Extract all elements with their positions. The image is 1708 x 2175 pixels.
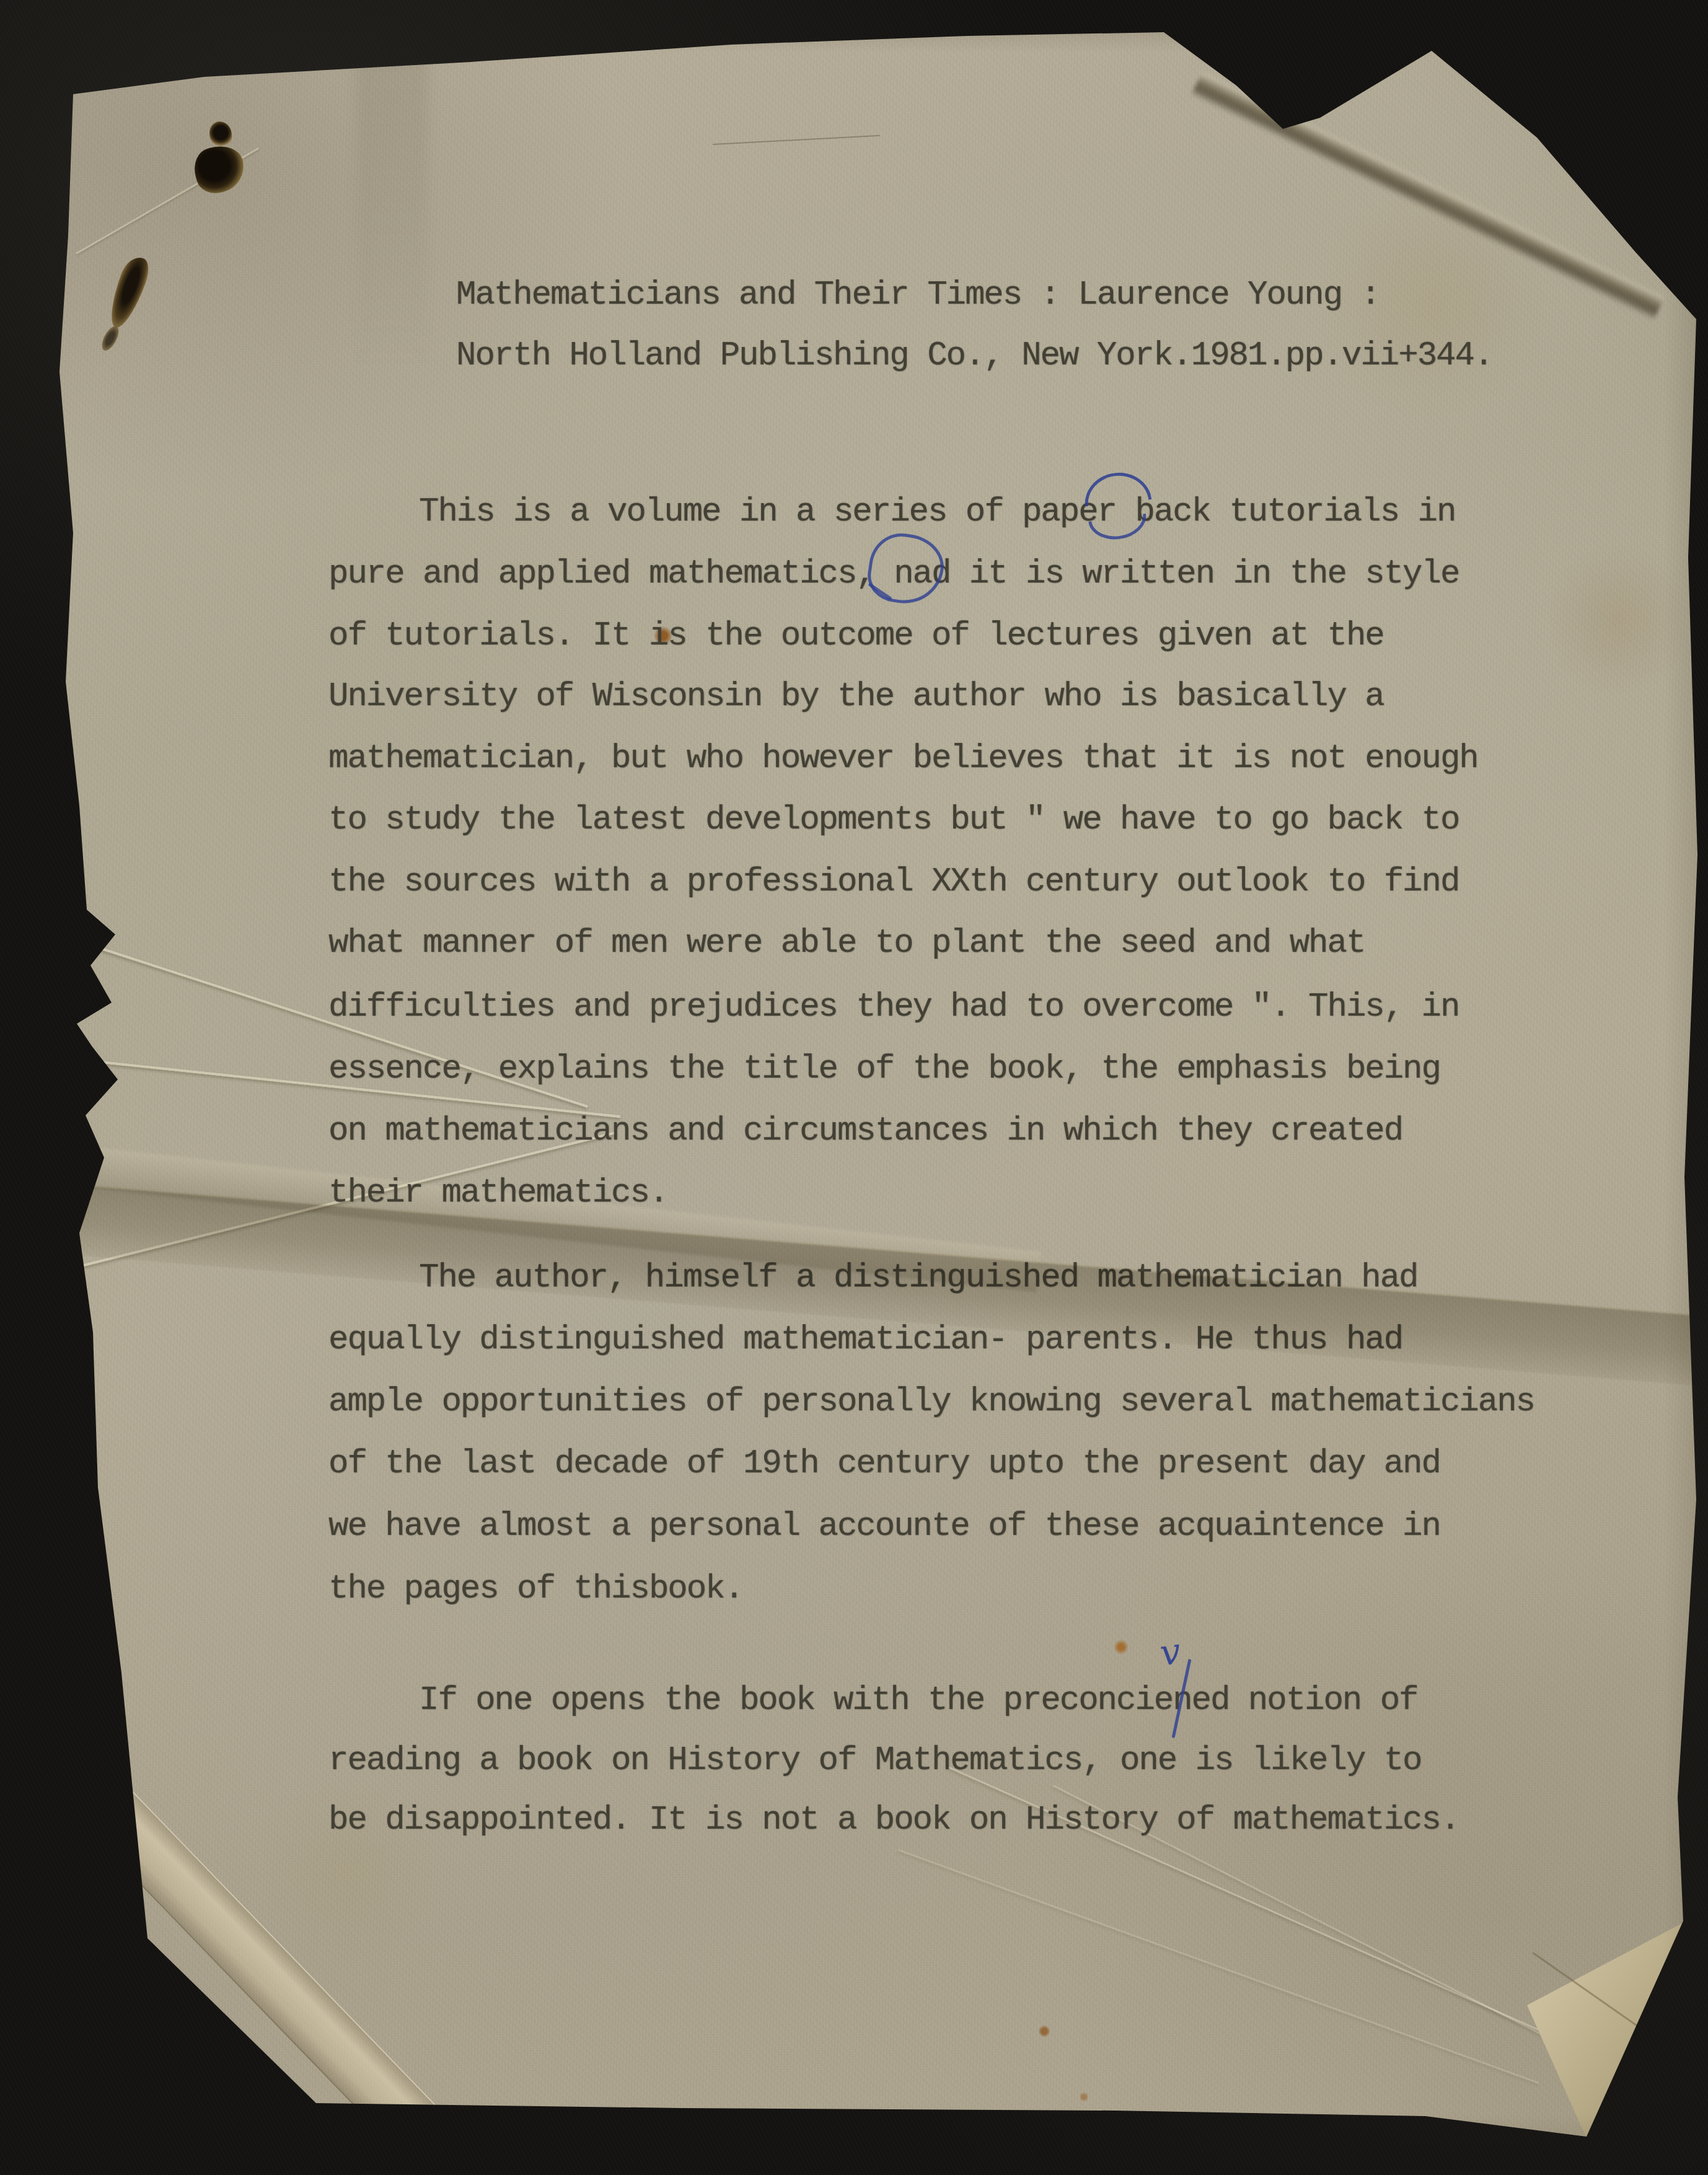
scan-canvas: Mathematicians and Their Times : Laurenc… [0,0,1708,2175]
pen-circle-mark [865,529,948,609]
pen-insertion-glyph: v [1157,1630,1183,1674]
pen-close-up-mark-bottom [1088,514,1149,543]
pen-annotations: v [0,0,1708,2175]
pen-close-up-mark-top [1082,469,1152,506]
paper-sheet: Mathematicians and Their Times : Laurenc… [0,0,1708,2175]
